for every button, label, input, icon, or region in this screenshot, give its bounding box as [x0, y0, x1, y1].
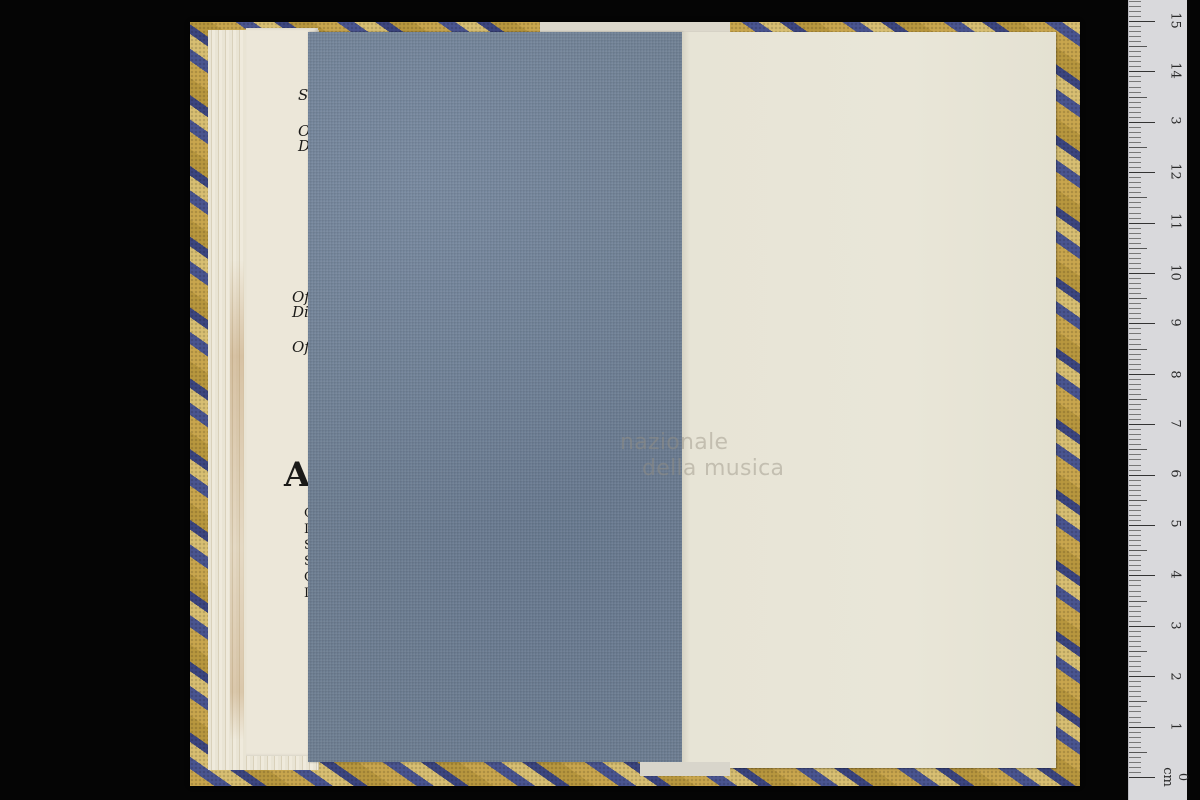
- ruler-tick: [1129, 414, 1141, 415]
- ruler-tick: [1129, 515, 1141, 516]
- ruler-tick: [1129, 177, 1141, 178]
- ruler-tick: [1129, 666, 1141, 667]
- ruler-tick: [1129, 278, 1141, 279]
- ruler-tick: [1129, 359, 1141, 360]
- ruler-tick: [1129, 777, 1155, 778]
- ruler-tick: [1129, 550, 1147, 551]
- ruler-tick: [1129, 107, 1141, 108]
- ruler-tick: [1129, 1, 1141, 2]
- ruler-tick: [1129, 671, 1141, 672]
- watermark-line2: della musica: [620, 456, 784, 482]
- ruler-tick: [1129, 258, 1141, 259]
- ruler-tick: [1129, 51, 1141, 52]
- ruler-tick: [1129, 727, 1155, 728]
- ruler-tick: [1129, 661, 1141, 662]
- measurement-ruler: 0 cm 1 2 3 4 5 6 7 8 9 10 11 12 3 14 15: [1128, 0, 1187, 800]
- ruler-tick: [1129, 530, 1141, 531]
- ruler-tick: [1129, 711, 1141, 712]
- ruler-label: 3: [1168, 111, 1183, 131]
- ruler-tick: [1129, 525, 1155, 526]
- ruler-tick: [1129, 253, 1141, 254]
- ruler-label: 5: [1168, 514, 1183, 534]
- ruler-tick: [1129, 631, 1141, 632]
- ruler-tick: [1129, 752, 1147, 753]
- ruler-tick: [1129, 591, 1141, 592]
- ruler-tick: [1129, 389, 1141, 390]
- ruler-tick: [1129, 485, 1141, 486]
- ruler-tick: [1129, 636, 1141, 637]
- ruler-tick: [1129, 575, 1155, 576]
- ruler-tick: [1129, 424, 1155, 425]
- ruler-tick: [1129, 732, 1141, 733]
- ruler-tick: [1129, 344, 1141, 345]
- ruler-tick: [1129, 686, 1141, 687]
- ruler-tick: [1129, 92, 1141, 93]
- ruler-tick: [1129, 510, 1141, 511]
- ruler-tick: [1129, 646, 1141, 647]
- ruler-label: 9: [1168, 313, 1183, 333]
- ruler-tick: [1129, 26, 1141, 27]
- ruler-tick: [1129, 36, 1141, 37]
- ruler-tick: [1129, 379, 1141, 380]
- ruler-tick: [1129, 409, 1141, 410]
- ruler-tick: [1129, 263, 1141, 264]
- ruler-tick: [1129, 535, 1141, 536]
- ruler-tick: [1129, 127, 1141, 128]
- ruler-tick: [1129, 228, 1141, 229]
- ruler-tick: [1129, 762, 1141, 763]
- ruler-tick: [1129, 213, 1141, 214]
- ruler-tick: [1129, 31, 1141, 32]
- ruler-tick: [1129, 459, 1141, 460]
- ruler-tick: [1129, 706, 1141, 707]
- ruler-tick: [1129, 243, 1141, 244]
- ruler-tick: [1129, 505, 1141, 506]
- ruler-tick: [1129, 147, 1147, 148]
- ruler-tick: [1129, 283, 1141, 284]
- ruler-tick: [1129, 248, 1147, 249]
- ruler-tick: [1129, 102, 1141, 103]
- ruler-tick: [1129, 162, 1141, 163]
- ruler-tick: [1129, 132, 1141, 133]
- ruler-tick: [1129, 81, 1141, 82]
- ruler-tick: [1129, 596, 1141, 597]
- ruler-tick: [1129, 434, 1141, 435]
- ruler-tick: [1129, 580, 1141, 581]
- ruler-tick: [1129, 449, 1147, 450]
- ruler-label: 14: [1168, 61, 1183, 81]
- ruler-tick: [1129, 142, 1141, 143]
- ruler-tick: [1129, 757, 1141, 758]
- ruler-tick: [1129, 318, 1141, 319]
- ruler-tick: [1129, 157, 1141, 158]
- ruler-tick: [1129, 490, 1141, 491]
- spine-paper-top: [540, 22, 730, 32]
- ruler-tick: [1129, 717, 1141, 718]
- ruler-tick: [1129, 303, 1141, 304]
- ruler-tick: [1129, 429, 1141, 430]
- ruler-tick: [1129, 207, 1141, 208]
- ruler-tick: [1129, 656, 1141, 657]
- ruler-tick: [1129, 293, 1141, 294]
- ruler-tick: [1129, 187, 1141, 188]
- ruler-tick: [1129, 570, 1141, 571]
- ruler-tick: [1129, 470, 1141, 471]
- ruler-label: 15: [1168, 11, 1183, 31]
- ruler-tick: [1129, 364, 1141, 365]
- ruler-tick: [1129, 696, 1141, 697]
- ruler-tick: [1129, 238, 1141, 239]
- ruler-tick: [1129, 308, 1141, 309]
- ruler-tick: [1129, 701, 1147, 702]
- ruler-tick: [1129, 273, 1155, 274]
- ruler-tick: [1129, 354, 1141, 355]
- foxing-stain: [230, 260, 244, 740]
- watermark: nazionaledella musica: [620, 430, 784, 482]
- ruler-tick: [1129, 465, 1141, 466]
- ruler-label: 7: [1168, 414, 1183, 434]
- ruler-tick: [1129, 328, 1141, 329]
- ruler-tick: [1129, 681, 1141, 682]
- ruler-tick: [1129, 545, 1141, 546]
- ruler-tick: [1129, 475, 1155, 476]
- ruler-tick: [1129, 444, 1141, 445]
- spine-paper-bottom: [640, 762, 730, 776]
- ruler-label: 2: [1168, 667, 1183, 687]
- ruler-tick: [1129, 384, 1141, 385]
- ruler-label: 6: [1168, 464, 1183, 484]
- ruler-tick: [1129, 97, 1147, 98]
- ruler-tick: [1129, 651, 1147, 652]
- ruler-tick: [1129, 480, 1141, 481]
- ruler-tick: [1129, 298, 1147, 299]
- ruler-tick: [1129, 737, 1141, 738]
- ruler-label: 12: [1168, 162, 1183, 182]
- ruler-label: 11: [1168, 212, 1183, 232]
- ruler-label: 3: [1168, 616, 1183, 636]
- ruler-tick: [1129, 369, 1141, 370]
- ruler-tick: [1129, 182, 1141, 183]
- ruler-label: 8: [1168, 365, 1183, 385]
- ruler-tick: [1129, 394, 1141, 395]
- ruler-tick: [1129, 16, 1141, 17]
- ruler-tick: [1129, 167, 1141, 168]
- ruler-tick: [1129, 404, 1141, 405]
- ruler-tick: [1129, 288, 1141, 289]
- ruler-tick: [1129, 399, 1147, 400]
- ruler-tick: [1129, 11, 1141, 12]
- ruler-tick: [1129, 374, 1155, 375]
- ruler-tick: [1129, 46, 1147, 47]
- ruler-tick: [1129, 349, 1147, 350]
- ruler-tick: [1129, 616, 1141, 617]
- ruler-tick: [1129, 601, 1147, 602]
- ruler-tick: [1129, 454, 1141, 455]
- text-fragment: Di: [292, 305, 309, 320]
- ruler-tick: [1129, 767, 1141, 768]
- ruler-tick: [1129, 540, 1141, 541]
- ruler-tick: [1129, 742, 1141, 743]
- ruler-tick: [1129, 565, 1141, 566]
- ruler-tick: [1129, 172, 1155, 173]
- ruler-tick: [1129, 555, 1141, 556]
- ruler-tick: [1129, 112, 1141, 113]
- ruler-tick: [1129, 520, 1141, 521]
- ruler-tick: [1129, 6, 1141, 7]
- ruler-tick: [1129, 323, 1155, 324]
- ruler-tick: [1129, 611, 1141, 612]
- ruler-tick: [1129, 233, 1141, 234]
- ruler-tick: [1129, 122, 1155, 123]
- ruler-tick: [1129, 21, 1155, 22]
- ruler-tick: [1129, 202, 1141, 203]
- ruler-tick: [1129, 61, 1141, 62]
- ruler-tick: [1129, 722, 1141, 723]
- blue-paper-insert: [308, 32, 682, 762]
- ruler-tick: [1129, 223, 1155, 224]
- ruler-tick: [1129, 268, 1141, 269]
- initial-letter: A: [284, 468, 310, 483]
- ruler-label: 10: [1168, 263, 1183, 283]
- ruler-tick: [1129, 333, 1141, 334]
- ruler-tick: [1129, 500, 1147, 501]
- ruler-tick: [1129, 41, 1141, 42]
- ruler-tick: [1129, 691, 1141, 692]
- ruler-label: 4: [1168, 565, 1183, 585]
- ruler-tick: [1129, 117, 1141, 118]
- ruler-tick: [1129, 621, 1141, 622]
- ruler-tick: [1129, 218, 1141, 219]
- ruler-tick: [1129, 585, 1141, 586]
- ruler-tick: [1129, 197, 1147, 198]
- ruler-tick: [1129, 76, 1141, 77]
- blank-right-page: [682, 32, 1056, 768]
- ruler-tick: [1129, 137, 1141, 138]
- ruler-tick: [1129, 152, 1141, 153]
- ruler-tick: [1129, 87, 1141, 88]
- ruler-tick: [1129, 339, 1141, 340]
- ruler-tick: [1129, 626, 1155, 627]
- ruler-tick: [1129, 66, 1141, 67]
- ruler-tick: [1129, 313, 1141, 314]
- ruler-tick: [1129, 747, 1141, 748]
- ruler-tick: [1129, 560, 1141, 561]
- ruler-tick: [1129, 676, 1155, 677]
- watermark-line1: nazionale: [620, 430, 784, 456]
- ruler-tick: [1129, 56, 1141, 57]
- ruler-tick: [1129, 772, 1141, 773]
- ruler-tick: [1129, 439, 1141, 440]
- ruler-tick: [1129, 71, 1155, 72]
- ruler-tick: [1129, 419, 1141, 420]
- ruler-tick: [1129, 192, 1141, 193]
- ruler-label: 1: [1168, 717, 1183, 737]
- ruler-label: 0 cm: [1160, 767, 1190, 787]
- ruler-tick: [1129, 495, 1141, 496]
- ruler-tick: [1129, 641, 1141, 642]
- ruler-tick: [1129, 606, 1141, 607]
